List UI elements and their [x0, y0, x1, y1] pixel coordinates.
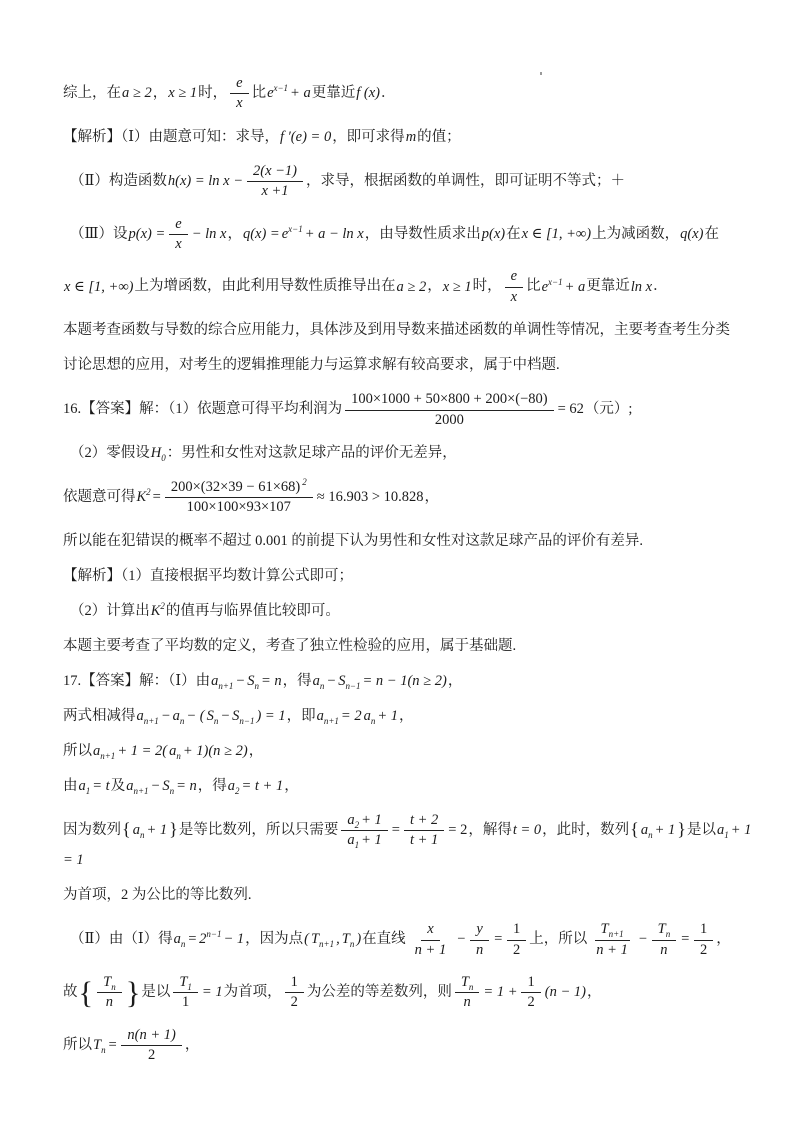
text-run: 在: [506, 226, 521, 242]
fraction: Tn+1n + 1: [590, 921, 634, 959]
text-run: 比: [526, 279, 541, 295]
math-run: (: [303, 931, 310, 947]
fraction-denominator: x: [505, 288, 523, 306]
math-run: n + 1: [414, 942, 448, 958]
math-subscripted: a1: [346, 832, 360, 848]
math-subscripted: Sn: [206, 708, 220, 724]
math-run: x ≥ 1: [442, 279, 473, 295]
fraction-denominator: 2: [142, 1046, 161, 1064]
text-run: ，: [185, 1037, 200, 1053]
math-run: + 1: [360, 812, 383, 828]
text-run: ．: [381, 85, 396, 101]
math-run: = n: [175, 778, 198, 794]
fraction-denominator: t + 1: [404, 831, 444, 849]
math-run: = 1: [201, 984, 224, 1000]
text-run: ，: [227, 226, 242, 242]
line-comment-15a: 本题考查函数与导数的综合应用能力，具体涉及到用导数来描述函数的单调性等情况，主要…: [63, 320, 756, 342]
text-run: ，解得: [468, 822, 512, 838]
fraction-denominator: 1: [176, 993, 195, 1011]
fraction: t + 2t + 1: [404, 812, 444, 850]
math-superscripted: ex−1: [266, 85, 289, 101]
math-run: −: [325, 673, 337, 689]
math-number-run: 2: [526, 994, 535, 1010]
fraction-numerator: 1: [285, 974, 304, 993]
math-subscripted: Tn: [92, 1037, 107, 1053]
math-subscripted: Tn: [102, 974, 117, 990]
math-run: t + 2: [409, 812, 439, 828]
math-subscripted: an: [640, 822, 654, 838]
text-run: 上为增函数，由此利用导数性质推导出在: [135, 279, 396, 295]
math-run: p(x) =: [127, 226, 166, 242]
fraction: 2(x −1)x +1: [247, 163, 303, 201]
math-number-run: 1: [181, 994, 190, 1010]
fraction-numerator: 100×1000 + 50×800 + 200×(−80): [345, 391, 553, 410]
math-subscripted: a1: [716, 822, 730, 838]
fraction: a2+ 1a1+ 1: [341, 812, 387, 850]
text-run: ，: [427, 279, 442, 295]
math-number-run: 1: [290, 974, 299, 990]
math-run: f (x): [355, 85, 381, 101]
math-run: q(x): [679, 226, 704, 242]
text-run: ，: [587, 984, 602, 1000]
math-run: x: [174, 236, 182, 252]
line-jiexi-15-part2: （Ⅱ）构造函数h(x) = ln x −2(x −1)x +1，求导，根据函数的…: [63, 162, 756, 202]
line-17-subtract: 两式相减得an+1−an− (Sn−Sn−1) = 1，即an+1= 2an+ …: [63, 706, 756, 728]
line-17-a1t: 由a1= t及an+1−Sn= n，得a2= t + 1，: [63, 776, 756, 798]
math-run: −: [219, 708, 231, 724]
math-run: − ln x: [191, 226, 228, 242]
text-run: 由: [63, 778, 78, 794]
line-16-conclusion: 所以能在犯错误的概率不超过 0.001 的前提下认为男性和女性对这款足球产品的评…: [63, 531, 756, 553]
math-run: + 1: [145, 822, 168, 838]
math-run: f ′(e) = 0: [279, 129, 332, 145]
fraction: 12: [521, 974, 540, 1012]
fraction-numerator: x: [421, 921, 439, 940]
line-summary-conclusion: 综上，在a ≥ 2，x ≥ 1时，ex比ex−1+ a更靠近f (x)．: [63, 74, 756, 114]
text-run: （2）零假设: [70, 445, 150, 461]
fraction-numerator: Tn+1: [595, 921, 630, 940]
fraction-numerator: a2+ 1: [341, 812, 387, 831]
big-brace: }: [125, 976, 142, 1010]
set-brace: {: [629, 819, 640, 839]
set-brace: {: [121, 819, 132, 839]
fraction-denominator: x +1: [255, 182, 294, 200]
math-subscripted: an+1: [210, 673, 234, 689]
fraction-numerator: Tn: [97, 974, 122, 993]
text-run: 故: [63, 984, 78, 1000]
math-run: ) = 1: [255, 708, 286, 724]
math-superscripted: 2n−1: [198, 931, 222, 947]
math-run: e: [510, 268, 518, 284]
math-subscripted: an: [363, 708, 377, 724]
text-run: 时，: [473, 279, 502, 295]
text-run: 上为减函数，: [592, 226, 679, 242]
fraction-numerator: Tn: [455, 974, 480, 993]
math-run: a ≥ 2: [121, 85, 153, 101]
fraction: yn: [470, 921, 489, 959]
fraction: 100×1000 + 50×800 + 200×(−80)2000: [345, 391, 553, 429]
math-run: (n − 1): [544, 984, 587, 1000]
fraction: 200×(32×39 − 61×68)2100×100×93×107: [165, 479, 313, 517]
text-run: 的值；: [417, 129, 461, 145]
math-superscripted: K2: [136, 489, 152, 505]
math-number-run: 1: [699, 921, 708, 937]
math-superscripted: K2: [150, 603, 166, 619]
math-run: t = 0: [512, 822, 542, 838]
math-run: + a − ln x: [304, 226, 365, 242]
math-number-run: 2: [699, 942, 708, 958]
text-run: ：男性和女性对这款足球产品的评价无差异，: [167, 445, 457, 461]
text-run: （Ⅱ）构造函数: [70, 173, 167, 189]
fraction-numerator: 1: [521, 974, 540, 993]
text-run: 综上，在: [63, 85, 121, 101]
math-subscripted: Tn+1: [310, 931, 335, 947]
big-brace: {: [78, 976, 95, 1010]
math-run: + 1)(n ≥ 2): [182, 743, 249, 759]
math-run: n: [105, 994, 114, 1010]
fraction-denominator: 2000: [429, 411, 470, 429]
math-run: − 1: [222, 931, 245, 947]
math-subscripted: an+1: [316, 708, 340, 724]
math-run: −: [150, 778, 162, 794]
math-run: =: [679, 931, 691, 947]
text-run: 上，所以: [529, 931, 587, 947]
math-run: = 1 +: [482, 984, 518, 1000]
math-number-run: ≈ 16.903 > 10.828: [316, 489, 425, 505]
math-number-run: 2: [512, 942, 521, 958]
math-subscripted: an+1: [136, 708, 160, 724]
fraction-denominator: n: [654, 941, 673, 959]
text-run: 本题考查函数与导数的综合应用能力，具体涉及到用导数来描述函数的单调性等情况，主要…: [63, 322, 730, 338]
math-run: + a: [289, 85, 312, 101]
text-run: 为公差的等差数列，则: [307, 984, 452, 1000]
math-run: −: [455, 931, 467, 947]
fraction: Tnn: [652, 921, 677, 959]
fraction: Tnn: [97, 974, 122, 1012]
line-16-answer-1: 16.【答案】解：（1）依题意可得平均利润为100×1000 + 50×800 …: [63, 390, 756, 430]
math-number-run: 1: [526, 974, 535, 990]
line-17-part2: （Ⅱ）由（Ⅰ）得an=2n−1− 1，因为点(Tn+1,Tn)在直线xn + 1…: [63, 920, 756, 960]
fraction-numerator: n(n + 1): [121, 1027, 181, 1046]
fraction: 12: [694, 921, 713, 959]
fraction-denominator: 2: [507, 941, 526, 959]
text-run: 的值再与临界值比较即可。: [166, 603, 340, 619]
math-run: x +1: [260, 183, 289, 199]
line-17-answer-1: 17.【答案】解：（Ⅰ）由an+1−Sn= n，得an−Sn−1= n − 1(…: [63, 671, 756, 693]
text-run: ，: [399, 708, 414, 724]
text-run: 依题意可得: [63, 489, 136, 505]
text-run: 本题主要考查了平均数的定义，考查了独立性检验的应用，属于基础题.: [63, 638, 516, 654]
line-16-jiexi-2: （2）计算出K2的值再与临界值比较即可。: [63, 601, 756, 623]
math-run: e: [235, 75, 243, 91]
fraction-numerator: e: [505, 268, 523, 287]
math-run: =: [186, 931, 198, 947]
math-subscripted: Sn: [161, 778, 175, 794]
text-run: ，此时，数列: [542, 822, 629, 838]
text-run: ，由导数性质求出: [365, 226, 481, 242]
math-run: ,: [335, 931, 341, 947]
fraction-numerator: e: [169, 216, 187, 235]
text-run: ，: [716, 931, 731, 947]
text-run: 为首项，: [224, 984, 282, 1000]
math-number-run: 2: [290, 994, 299, 1010]
document-content: 综上，在a ≥ 2，x ≥ 1时，ex比ex−1+ a更靠近f (x)．【解析】…: [63, 74, 756, 1066]
math-run: p(x): [481, 226, 506, 242]
document-page: 综上，在a ≥ 2，x ≥ 1时，ex比ex−1+ a更靠近f (x)．【解析】…: [0, 0, 800, 1131]
math-run: −: [160, 708, 172, 724]
math-number-run: 1: [512, 921, 521, 937]
text-run: 【解析】（1）直接根据平均数计算公式即可；: [63, 568, 353, 584]
set-brace: }: [168, 819, 179, 839]
fraction-numerator: e: [230, 75, 248, 94]
line-17-arithmetic: 故{Tnn}是以T11= 1为首项，12为公差的等差数列，则Tnn= 1 +12…: [63, 973, 756, 1013]
line-17-firstterm: 为首项，2 为公比的等比数列.: [63, 885, 756, 907]
fraction: ex: [169, 216, 187, 254]
text-run: ，: [425, 489, 440, 505]
fraction-denominator: x: [230, 94, 248, 112]
text-run: 比: [252, 85, 267, 101]
fraction-numerator: Tn: [652, 921, 677, 940]
fraction-denominator: n: [100, 993, 119, 1011]
text-run: 所以: [63, 1037, 92, 1053]
fraction-numerator: 1: [694, 921, 713, 940]
math-subscripted: an: [312, 673, 326, 689]
text-run: （2）计算出: [70, 603, 150, 619]
text-run: ，: [249, 743, 264, 759]
math-subscripted: a1: [78, 778, 92, 794]
text-run: （Ⅱ）由（Ⅰ）得: [70, 931, 173, 947]
math-run: e: [174, 216, 182, 232]
math-run: + 1 = 2(: [116, 743, 168, 759]
fraction: ex: [230, 75, 248, 113]
fraction-numerator: T1: [173, 974, 198, 993]
math-number-run: 100×1000 + 50×800 + 200×(−80): [350, 391, 548, 407]
math-subscripted: T1: [178, 974, 193, 990]
text-run: ，: [153, 85, 168, 101]
text-run: （元）;: [585, 401, 633, 417]
math-subscripted: Sn: [246, 673, 260, 689]
fraction-denominator: 100×100×93×107: [181, 498, 297, 516]
math-subscripted: H0: [150, 445, 167, 461]
math-subscripted: an: [173, 931, 187, 947]
fraction: T11: [173, 974, 198, 1012]
math-number-run: 200×(32×39 − 61×68): [170, 479, 301, 495]
math-run: = 2: [340, 708, 363, 724]
text-run: ，: [284, 778, 299, 794]
fraction: xn + 1: [409, 921, 453, 959]
text-run: 是等比数列，所以只需要: [179, 822, 339, 838]
math-run: n: [475, 942, 484, 958]
line-16-comment: 本题主要考查了平均数的定义，考查了独立性检验的应用，属于基础题.: [63, 636, 756, 658]
text-run: 是以: [687, 822, 716, 838]
math-number-run: = 62: [557, 401, 585, 417]
text-run: 所以能在犯错误的概率不超过 0.001 的前提下认为男性和女性对这款足球产品的评…: [63, 533, 643, 549]
text-run: ，: [448, 673, 463, 689]
text-run: 时，: [198, 85, 227, 101]
text-run: 在直线: [362, 931, 406, 947]
text-run: ，即可求得: [332, 129, 405, 145]
line-16-jiexi-1: 【解析】（1）直接根据平均数计算公式即可；: [63, 566, 756, 588]
math-subscripted: an: [168, 743, 182, 759]
math-run: −: [234, 673, 246, 689]
fraction-denominator: n: [470, 941, 489, 959]
math-run: ln x: [630, 279, 653, 295]
text-run: （Ⅲ）设: [70, 226, 127, 242]
fraction-numerator: 2(x −1): [247, 163, 303, 182]
math-run: m: [405, 129, 417, 145]
math-run: −: [637, 931, 649, 947]
math-subscripted: an+1: [92, 743, 116, 759]
math-subscripted: Tn: [460, 974, 475, 990]
text-run: 因为数列: [63, 822, 121, 838]
math-run: − (: [185, 708, 205, 724]
fraction: ex: [505, 268, 523, 306]
set-brace: }: [676, 819, 687, 839]
math-number-run: = 2: [447, 822, 468, 838]
fraction: Tnn: [455, 974, 480, 1012]
math-run: 2(x −1): [252, 163, 298, 179]
math-run: q(x) =: [242, 226, 281, 242]
line-17-geometric: 因为数列{an+ 1}是等比数列，所以只需要a2+ 1a1+ 1=t + 2t …: [63, 811, 756, 873]
math-subscripted: a2: [346, 812, 360, 828]
fraction: n(n + 1)2: [121, 1027, 181, 1065]
text-run: 在: [704, 226, 719, 242]
math-subscripted: Tn: [657, 921, 672, 937]
stray-mark: [540, 72, 542, 75]
fraction-denominator: n: [457, 993, 476, 1011]
fraction-denominator: x: [169, 235, 187, 253]
math-run: n: [659, 942, 668, 958]
math-subscripted: Sn−1: [337, 673, 361, 689]
math-run: x: [510, 289, 518, 305]
fraction-denominator: 2: [694, 941, 713, 959]
math-run: n + 1: [595, 942, 629, 958]
math-run: a ≥ 2: [396, 279, 428, 295]
math-run: x: [426, 921, 434, 937]
math-run: + 1: [654, 822, 677, 838]
math-subscripted: Tn: [341, 931, 356, 947]
fraction-denominator: 2: [521, 993, 540, 1011]
text-run: 所以: [63, 743, 92, 759]
line-jiexi-15-part3a: （Ⅲ）设p(x) =ex− ln x，q(x) =ex−1+ a − ln x，…: [63, 215, 756, 255]
math-number-run: 100×100×93×107: [186, 499, 292, 515]
text-run: 【解析】（Ⅰ）由题意可知：求导，: [63, 129, 279, 145]
math-number-run: 2000: [434, 412, 465, 428]
math-run: =: [107, 1037, 119, 1053]
text-run: 更靠近: [312, 85, 356, 101]
fraction-numerator: 200×(32×39 − 61×68)2: [165, 479, 313, 498]
text-run: 16.【答案】解：（1）依题意可得平均利润为: [63, 401, 342, 417]
fraction-denominator: 2: [285, 993, 304, 1011]
math-run: = n: [260, 673, 283, 689]
math-run: x ∈ [1, +∞): [521, 226, 593, 242]
math-superscripted: ex−1: [281, 226, 304, 242]
math-subscripted: Sn−1: [231, 708, 255, 724]
fraction: 12: [507, 921, 526, 959]
math-run: x ≥ 1: [167, 85, 198, 101]
math-run: n(n + 1): [126, 1027, 176, 1043]
math-run: + a: [564, 279, 587, 295]
math-run: t + 1: [409, 832, 439, 848]
math-run: h(x) = ln x −: [167, 173, 244, 189]
text-run: 为首项，2 为公比的等比数列.: [63, 887, 252, 903]
fraction-denominator: n + 1: [590, 941, 634, 959]
math-number-run: 2: [147, 1047, 156, 1063]
math-run: x ∈ [1, +∞): [63, 279, 135, 295]
fraction-numerator: 1: [507, 921, 526, 940]
math-superscript: 2: [301, 479, 308, 495]
text-run: ，即: [287, 708, 316, 724]
math-number-run: =: [152, 489, 162, 505]
line-16-k2: 依题意可得K2=200×(32×39 − 61×68)2100×100×93×1…: [63, 478, 756, 518]
fraction: 12: [285, 974, 304, 1012]
math-run: + 1: [360, 832, 383, 848]
line-jiexi-15-part3b: x ∈ [1, +∞)上为增函数，由此利用导数性质推导出在a ≥ 2，x ≥ 1…: [63, 267, 756, 307]
line-17-so: 所以an+1+ 1 = 2(an+ 1)(n ≥ 2)，: [63, 741, 756, 763]
math-number-run: =: [391, 822, 401, 838]
text-run: ．: [653, 279, 668, 295]
fraction-numerator: y: [470, 921, 488, 940]
text-run: ，因为点: [245, 931, 303, 947]
math-run: = t: [91, 778, 110, 794]
math-run: x: [235, 95, 243, 111]
math-run: + 1: [376, 708, 399, 724]
line-16-answer-2: （2）零假设H0：男性和女性对这款足球产品的评价无差异，: [63, 443, 756, 465]
text-run: ，得: [283, 673, 312, 689]
text-run: ，得: [198, 778, 227, 794]
math-run: y: [475, 921, 483, 937]
math-subscripted: Tn+1: [600, 921, 625, 937]
math-subscripted: an+1: [125, 778, 149, 794]
math-run: n: [462, 994, 471, 1010]
text-run: 更靠近: [586, 279, 630, 295]
math-superscripted: ex−1: [541, 279, 564, 295]
text-run: ，求导，根据函数的单调性，即可证明不等式；＋: [306, 173, 625, 189]
text-run: 讨论思想的应用，对考生的逻辑推理能力与运算求解有较高要求，属于中档题.: [63, 357, 560, 373]
fraction-denominator: a1+ 1: [341, 831, 387, 849]
line-17-tn: 所以Tn=n(n + 1)2，: [63, 1026, 756, 1066]
text-run: 两式相减得: [63, 708, 136, 724]
math-run: = n − 1(n ≥ 2): [362, 673, 448, 689]
text-run: 是以: [141, 984, 170, 1000]
math-run: = t + 1: [240, 778, 284, 794]
text-run: 17.【答案】解：（Ⅰ）由: [63, 673, 210, 689]
fraction-numerator: t + 2: [404, 812, 444, 831]
line-jiexi-15-part1: 【解析】（Ⅰ）由题意可知：求导，f ′(e) = 0，即可求得m的值；: [63, 127, 756, 149]
fraction-denominator: n + 1: [409, 941, 453, 959]
text-run: 及: [111, 778, 126, 794]
math-run: =: [492, 931, 504, 947]
math-subscripted: a2: [227, 778, 241, 794]
math-subscripted: an: [132, 822, 146, 838]
math-subscripted: an: [172, 708, 186, 724]
line-comment-15b: 讨论思想的应用，对考生的逻辑推理能力与运算求解有较高要求，属于中档题.: [63, 355, 756, 377]
